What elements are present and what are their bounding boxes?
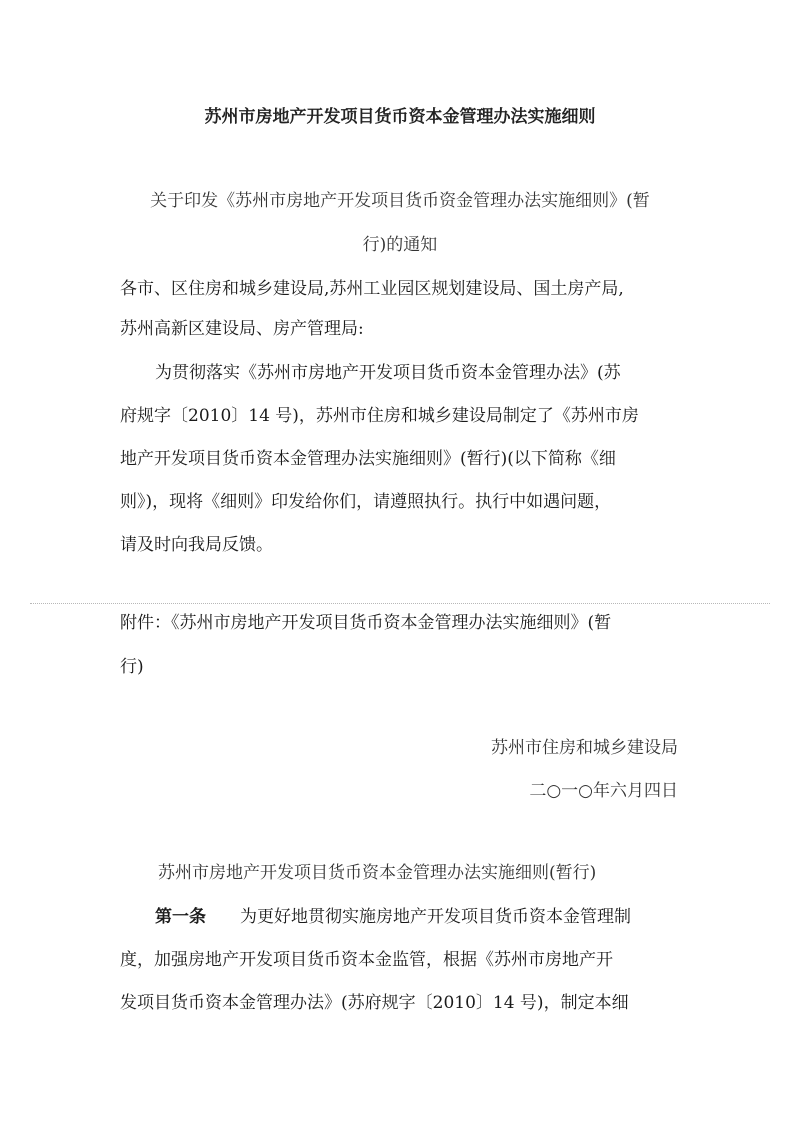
signature-date: 二○一○年六月四日 [529,780,678,802]
rules-title: 苏州市房地产开发项目货币资本金管理办法实施细则(暂行) [158,862,596,884]
article-1-label: 第一条 [155,907,206,927]
article-1-line-2: 度，加强房地产开发项目货币资本金监管，根据《苏州市房地产开 [120,949,613,971]
addressees-line-2: 苏州高新区建设局、房产管理局: [120,318,364,340]
body-paragraph-line-1: 为贯彻落实《苏州市房地产开发项目货币资本金管理办法》(苏 [155,362,621,384]
notice-heading-line-2: 行)的通知 [0,234,800,256]
body-paragraph-line-2: 府规字〔2010〕14 号)，苏州市住房和城乡建设局制定了《苏州市房 [120,405,639,427]
article-1-line-1: 第一条为更好地贯彻实施房地产开发项目货币资本金管理制 [155,906,631,928]
signature-issuer: 苏州市住房和城乡建设局 [491,737,678,759]
document-title: 苏州市房地产开发项目货币资本金管理办法实施细则 [0,106,800,128]
article-1-line-3: 发项目货币资本金管理办法》(苏府规字〔2010〕14 号)，制定本细 [120,992,629,1014]
article-1-text: 为更好地贯彻实施房地产开发项目货币资本金管理制 [240,907,631,927]
notice-heading-line-1: 关于印发《苏州市房地产开发项目货币资金管理办法实施细则》(暂 [0,190,800,212]
attachment-line-1: 附件：《苏州市房地产开发项目货币资本金管理办法实施细则》(暂 [120,612,611,634]
addressees-line-1: 各市、区住房和城乡建设局,苏州工业园区规划建设局、国土房产局, [120,278,624,300]
body-paragraph-line-4: 则》)，现将《细则》印发给你们，请遵照执行。执行中如遇问题， [120,491,611,513]
body-paragraph-line-3: 地产开发项目货币资本金管理办法实施细则》(暂行)(以下简称《细 [120,448,616,470]
body-paragraph-line-5: 请及时向我局反馈。 [120,534,273,556]
section-divider [30,603,770,604]
attachment-line-2: 行) [120,656,144,678]
